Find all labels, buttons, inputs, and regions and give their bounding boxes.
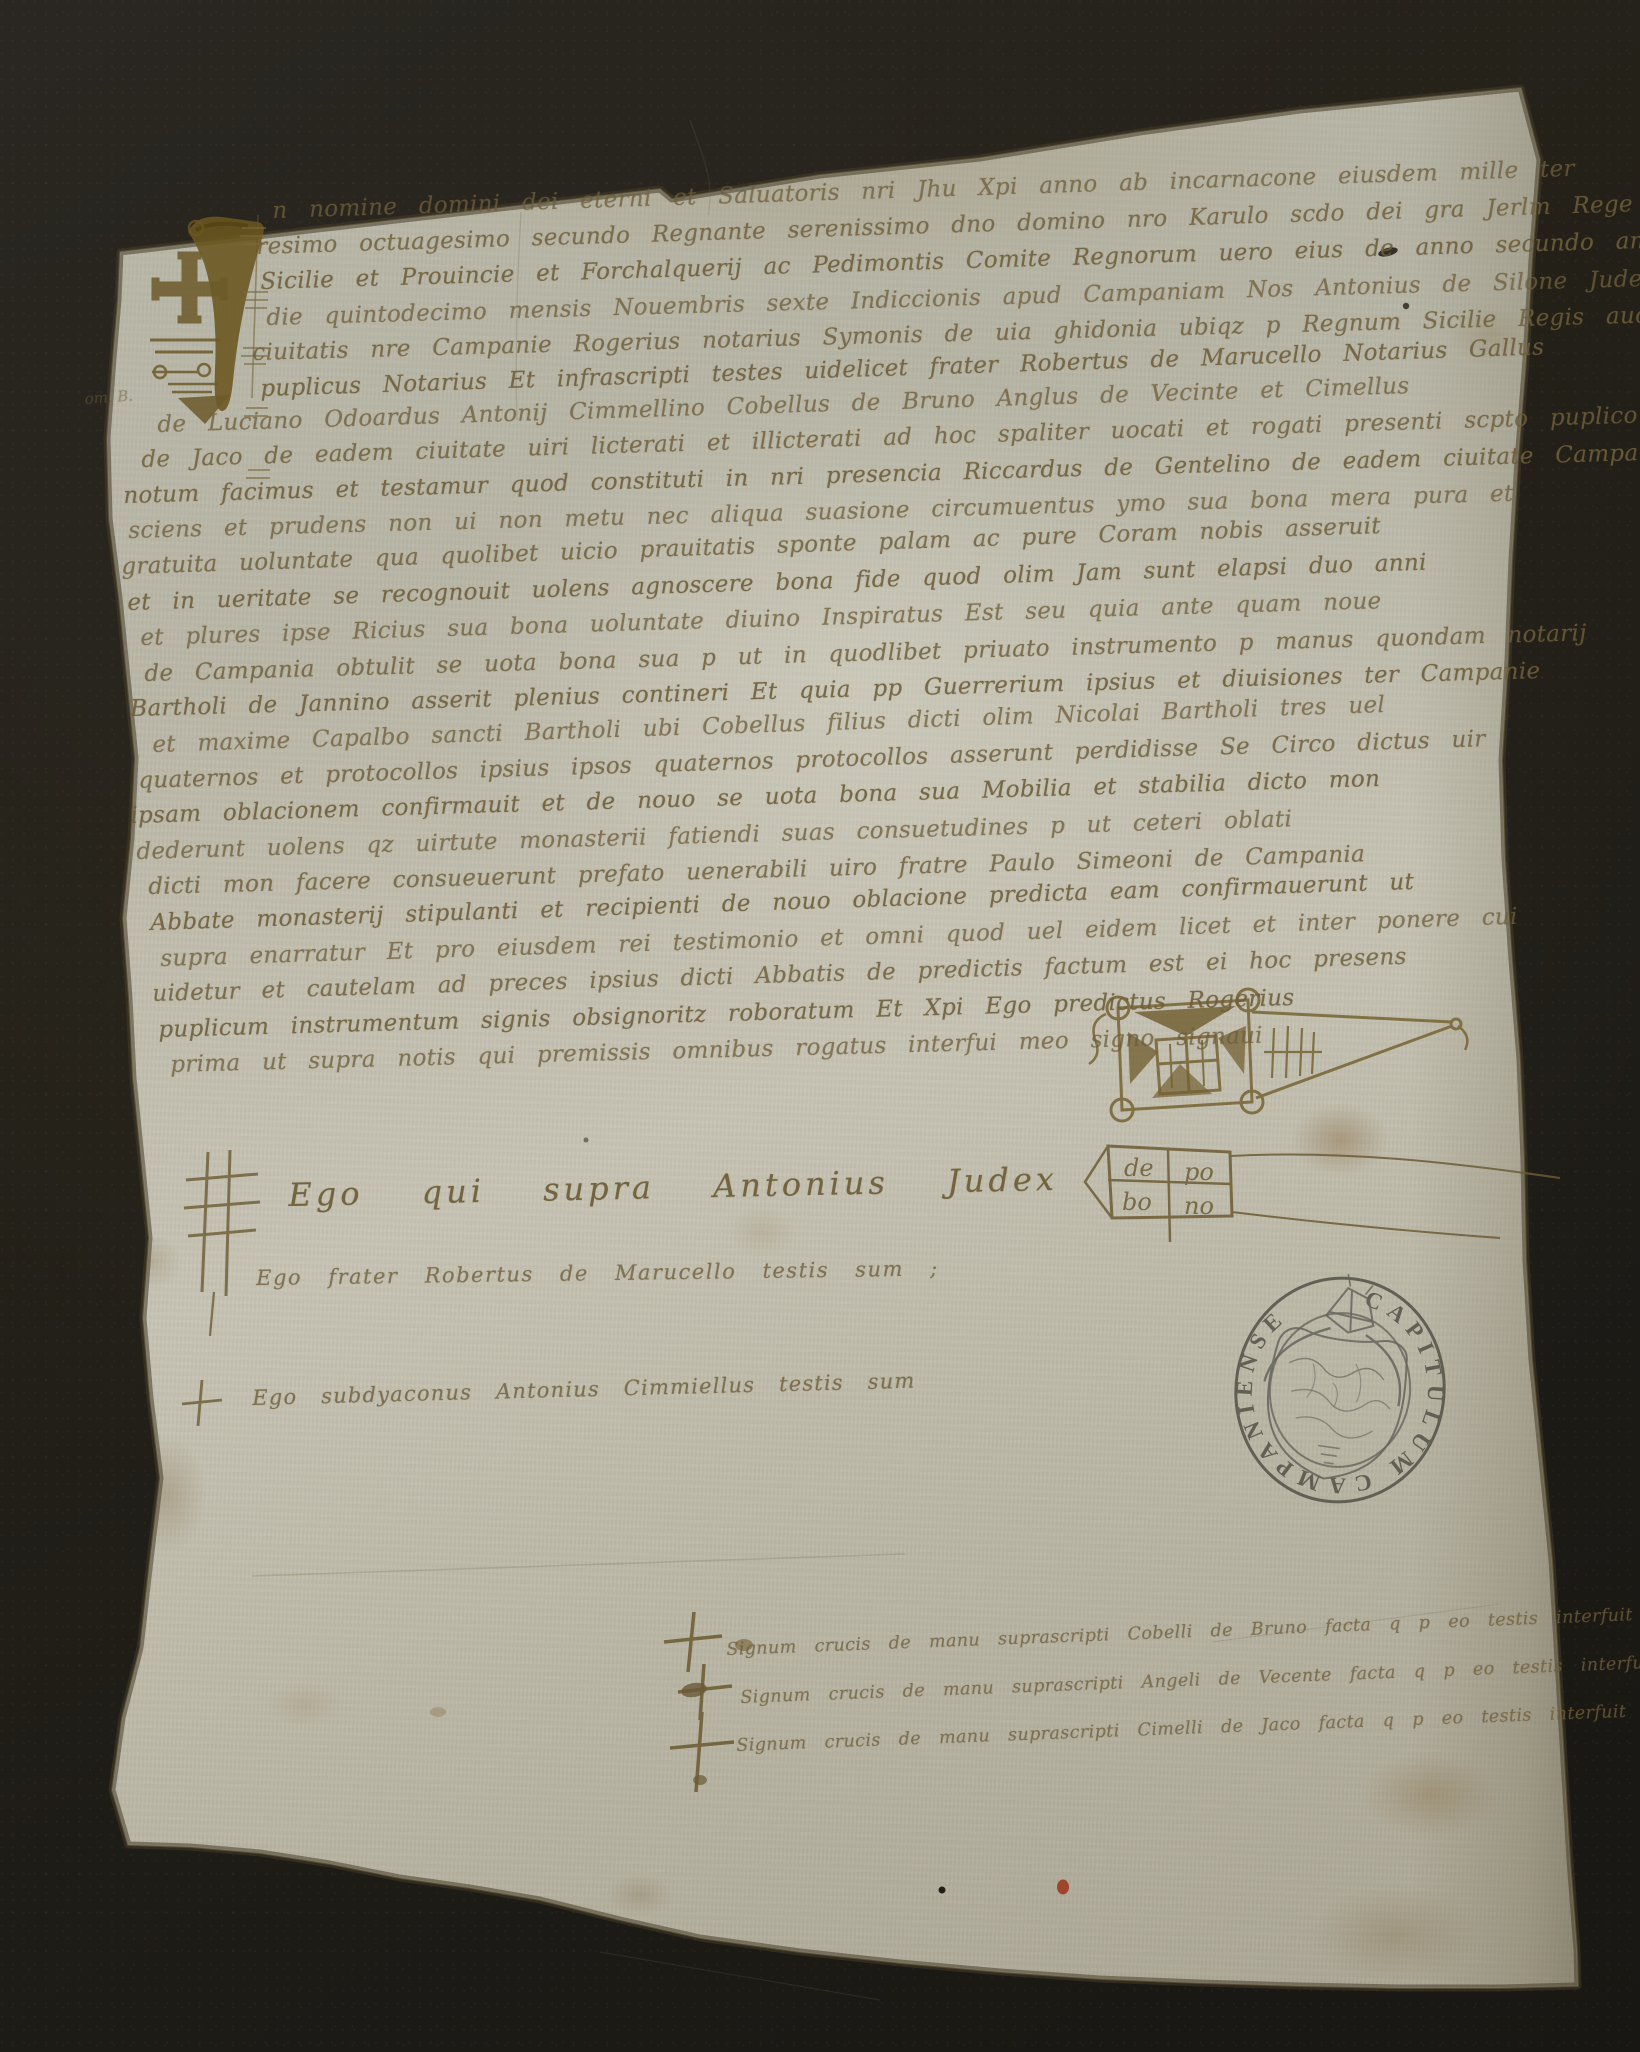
photo-backdrop: de po bo no CAPITULUM CAMPANIENSE: [0, 0, 1640, 2052]
marginal-note: om. B.: [84, 387, 134, 408]
